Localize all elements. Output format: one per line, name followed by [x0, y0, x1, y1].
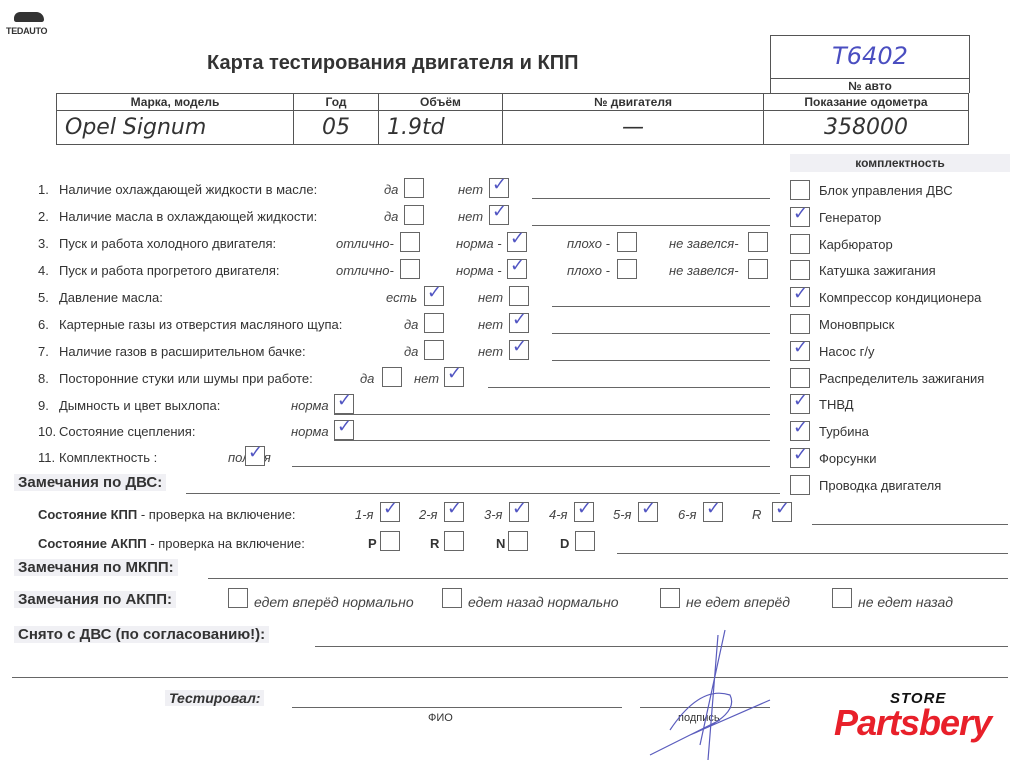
option-checkbox[interactable]: [617, 232, 637, 252]
completeness-label: Карбюратор: [819, 237, 893, 252]
option-checkbox[interactable]: [748, 259, 768, 279]
option-label: нет: [414, 371, 439, 386]
option-checkbox[interactable]: ✓: [489, 178, 509, 198]
option-checkbox[interactable]: [400, 259, 420, 279]
akpp-remark-checkbox[interactable]: [228, 588, 248, 608]
item-number: 2.: [38, 209, 49, 224]
akpp-remark-checkbox[interactable]: [660, 588, 680, 608]
option-label: плохо -: [567, 263, 610, 278]
notes-line[interactable]: [552, 306, 770, 307]
completeness-label: Распределитель зажигания: [819, 371, 984, 386]
option-label: нет: [458, 182, 483, 197]
mode-label: R: [430, 536, 439, 551]
gear-label: 3-я: [484, 507, 503, 522]
check-mark-icon: ✓: [337, 391, 352, 411]
col-volume: Объём: [379, 94, 503, 111]
item-label: Комплектность :: [59, 450, 157, 465]
akpp-label: Состояние АКПП - проверка на включение:: [38, 536, 305, 551]
remarks-engine-label: Замечания по ДВС:: [14, 474, 166, 491]
option-checkbox[interactable]: [617, 259, 637, 279]
item-label: Наличие охлаждающей жидкости в масле:: [59, 182, 317, 197]
mode-label: N: [496, 536, 505, 551]
check-mark-icon: ✓: [793, 284, 808, 304]
completeness-label: Моновпрыск: [819, 317, 894, 332]
option-label: норма: [291, 398, 329, 413]
check-mark-icon: ✓: [512, 337, 527, 357]
item-number: 1.: [38, 182, 49, 197]
option-label: норма: [291, 424, 329, 439]
mode-label: P: [368, 536, 377, 551]
option-checkbox[interactable]: ✓: [245, 446, 265, 466]
completeness-label: Насос г/у: [819, 344, 874, 359]
item-label: Пуск и работа прогретого двигателя:: [59, 263, 279, 278]
check-mark-icon: ✓: [793, 391, 808, 411]
check-mark-icon: ✓: [512, 499, 527, 519]
akpp-remark-label: не едет назад: [858, 594, 953, 610]
logo-text: TEDAUTO: [6, 26, 47, 36]
option-checkbox[interactable]: ✓: [509, 313, 529, 333]
completeness-checkbox[interactable]: [790, 314, 810, 334]
notes-line[interactable]: [532, 225, 770, 226]
mode-label: D: [560, 536, 569, 551]
option-checkbox[interactable]: ✓: [507, 232, 527, 252]
option-label: норма -: [456, 236, 502, 251]
remarks-mkpp-label: Замечания по МКПП:: [14, 559, 178, 576]
completeness-label: Форсунки: [819, 451, 876, 466]
option-checkbox[interactable]: ✓: [334, 420, 354, 440]
completeness-label: Генератор: [819, 210, 881, 225]
option-checkbox[interactable]: ✓: [489, 205, 509, 225]
item-number: 4.: [38, 263, 49, 278]
option-label: есть: [386, 290, 417, 305]
item-label: Давление масла:: [59, 290, 163, 305]
gear-checkbox[interactable]: ✓: [444, 502, 464, 522]
option-checkbox[interactable]: ✓: [507, 259, 527, 279]
akpp-label-rest: - проверка на включение:: [147, 536, 305, 551]
check-mark-icon: ✓: [447, 364, 462, 384]
kpp-label-bold: Состояние КПП: [38, 507, 137, 522]
watermark: STORE Partsbery: [830, 690, 1010, 750]
option-checkbox[interactable]: [404, 205, 424, 225]
option-label: да: [404, 344, 418, 359]
col-year: Год: [294, 94, 379, 111]
item-number: 8.: [38, 371, 49, 386]
mode-checkbox[interactable]: [575, 531, 595, 551]
make-model-value[interactable]: Opel Signum: [57, 111, 294, 145]
option-checkbox[interactable]: [748, 232, 768, 252]
engine-no-value[interactable]: —: [503, 111, 764, 145]
notes-line[interactable]: [552, 360, 770, 361]
option-label: не завелся-: [669, 263, 739, 278]
notes-line[interactable]: [292, 466, 770, 467]
completeness-checkbox[interactable]: ✓: [790, 287, 810, 307]
item-number: 9.: [38, 398, 49, 413]
item-number: 3.: [38, 236, 49, 251]
item-number: 5.: [38, 290, 49, 305]
notes-line[interactable]: [334, 440, 770, 441]
akpp-remark-label: едет вперёд нормально: [254, 594, 414, 610]
completeness-label: Турбина: [819, 424, 869, 439]
completeness-checkbox[interactable]: [790, 368, 810, 388]
option-label: да: [404, 317, 418, 332]
check-mark-icon: ✓: [512, 310, 527, 330]
check-mark-icon: ✓: [510, 256, 525, 276]
mode-checkbox[interactable]: [444, 531, 464, 551]
completeness-label: Катушка зажигания: [819, 263, 936, 278]
option-checkbox[interactable]: [509, 286, 529, 306]
gear-checkbox[interactable]: ✓: [380, 502, 400, 522]
car-icon: [14, 12, 44, 22]
check-mark-icon: ✓: [793, 338, 808, 358]
notes-line[interactable]: [532, 198, 770, 199]
check-mark-icon: ✓: [447, 499, 462, 519]
check-mark-icon: ✓: [793, 418, 808, 438]
completeness-checkbox[interactable]: [790, 475, 810, 495]
vehicle-info-table: Марка, модель Год Объём № двигателя Пока…: [56, 93, 969, 145]
akpp-remark-checkbox[interactable]: [832, 588, 852, 608]
remarks-akpp-label: Замечания по АКПП:: [14, 591, 176, 608]
item-label: Пуск и работа холодного двигателя:: [59, 236, 276, 251]
completeness-checkbox[interactable]: ✓: [790, 394, 810, 414]
removed-label: Снято с ДВС (по согласованию!):: [14, 626, 269, 643]
check-mark-icon: ✓: [577, 499, 592, 519]
gear-label: R: [752, 507, 761, 522]
akpp-remarks-line[interactable]: [617, 553, 1008, 554]
check-mark-icon: ✓: [793, 204, 808, 224]
completeness-label: ТНВД: [819, 397, 854, 412]
option-label: нет: [478, 317, 503, 332]
completeness-checkbox[interactable]: ✓: [790, 207, 810, 227]
completeness-title: комплектность: [790, 154, 1010, 172]
removed-line-2[interactable]: [12, 677, 1008, 678]
item-number: 7.: [38, 344, 49, 359]
kpp-label-rest: - проверка на включение:: [137, 507, 295, 522]
item-number: 11.: [38, 450, 55, 465]
notes-line[interactable]: [552, 333, 770, 334]
check-mark-icon: ✓: [383, 499, 398, 519]
option-label: нет: [478, 344, 503, 359]
check-mark-icon: ✓: [706, 499, 721, 519]
watermark-main: Partsbery: [834, 702, 991, 744]
gear-checkbox[interactable]: ✓: [509, 502, 529, 522]
item-label: Наличие газов в расширительном бачке:: [59, 344, 306, 359]
completeness-label: Компрессор кондиционера: [819, 290, 981, 305]
auto-number-value: T6402: [771, 42, 969, 70]
completeness-checkbox[interactable]: [790, 234, 810, 254]
completeness-checkbox[interactable]: ✓: [790, 448, 810, 468]
check-mark-icon: ✓: [427, 283, 442, 303]
year-value[interactable]: 05: [294, 111, 379, 145]
option-label: нет: [478, 290, 503, 305]
item-label: Картерные газы из отверстия масляного щу…: [59, 317, 342, 332]
option-label: норма -: [456, 263, 502, 278]
gear-label: 1-я: [355, 507, 374, 522]
gear-label: 2-я: [419, 507, 438, 522]
completeness-checkbox[interactable]: ✓: [790, 341, 810, 361]
completeness-checkbox[interactable]: [790, 260, 810, 280]
kpp-label: Состояние КПП - проверка на включение:: [38, 507, 295, 522]
option-checkbox[interactable]: ✓: [509, 340, 529, 360]
item-label: Посторонние стуки или шумы при работе:: [59, 371, 313, 386]
item-label: Состояние сцепления:: [59, 424, 195, 439]
completeness-label: Проводка двигателя: [819, 478, 941, 493]
option-label: нет: [458, 209, 483, 224]
gear-label: 5-я: [613, 507, 632, 522]
col-engine-no: № двигателя: [503, 94, 764, 111]
option-checkbox[interactable]: ✓: [424, 286, 444, 306]
gear-checkbox[interactable]: ✓: [772, 502, 792, 522]
volume-value[interactable]: 1.9td: [379, 111, 503, 145]
completeness-label: Блок управления ДВС: [819, 183, 953, 198]
option-checkbox[interactable]: [424, 313, 444, 333]
item-number: 10.: [38, 424, 56, 439]
item-number: 6.: [38, 317, 49, 332]
auto-number-label: № авто: [770, 78, 970, 93]
option-checkbox[interactable]: ✓: [444, 367, 464, 387]
check-mark-icon: ✓: [248, 443, 263, 463]
option-label: да: [384, 182, 398, 197]
option-label: отлично-: [336, 263, 394, 278]
kpp-remarks-line[interactable]: [812, 524, 1008, 525]
option-label: да: [360, 371, 374, 386]
option-checkbox[interactable]: [382, 367, 402, 387]
fio-label: ФИО: [428, 712, 453, 724]
signature-scribble: [630, 625, 780, 765]
notes-line[interactable]: [334, 414, 770, 415]
option-label: не завелся-: [669, 236, 739, 251]
remarks-engine-line[interactable]: [186, 493, 780, 494]
akpp-remark-label: не едет вперёд: [686, 594, 790, 610]
item-label: Дымность и цвет выхлопа:: [59, 398, 220, 413]
option-checkbox[interactable]: [424, 340, 444, 360]
akpp-remark-checkbox[interactable]: [442, 588, 462, 608]
mode-checkbox[interactable]: [380, 531, 400, 551]
item-label: Наличие масла в охлаждающей жидкости:: [59, 209, 317, 224]
option-label: плохо -: [567, 236, 610, 251]
option-checkbox[interactable]: [404, 178, 424, 198]
check-mark-icon: ✓: [492, 202, 507, 222]
completeness-checkbox[interactable]: ✓: [790, 421, 810, 441]
fio-line[interactable]: [292, 707, 622, 708]
check-mark-icon: ✓: [492, 175, 507, 195]
gear-checkbox[interactable]: ✓: [703, 502, 723, 522]
akpp-label-bold: Состояние АКПП: [38, 536, 147, 551]
gear-label: 4-я: [549, 507, 568, 522]
option-checkbox[interactable]: ✓: [334, 394, 354, 414]
remarks-mkpp-line[interactable]: [208, 578, 1008, 579]
gear-checkbox[interactable]: ✓: [638, 502, 658, 522]
odometer-value[interactable]: 358000: [764, 111, 969, 145]
check-mark-icon: ✓: [793, 445, 808, 465]
col-odometer: Показание одометра: [764, 94, 969, 111]
notes-line[interactable]: [488, 387, 770, 388]
auto-number-box: T6402: [770, 35, 970, 78]
option-checkbox[interactable]: [400, 232, 420, 252]
completeness-checkbox[interactable]: [790, 180, 810, 200]
col-make-model: Марка, модель: [57, 94, 294, 111]
check-mark-icon: ✓: [337, 417, 352, 437]
gear-checkbox[interactable]: ✓: [574, 502, 594, 522]
check-mark-icon: ✓: [775, 499, 790, 519]
check-mark-icon: ✓: [641, 499, 656, 519]
akpp-remark-label: едет назад нормально: [468, 594, 619, 610]
check-mark-icon: ✓: [510, 229, 525, 249]
gear-label: 6-я: [678, 507, 697, 522]
logo: TEDAUTO: [4, 8, 54, 40]
page-title: Карта тестирования двигателя и КПП: [207, 52, 578, 75]
option-label: отлично-: [336, 236, 394, 251]
tested-by-label: Тестировал:: [165, 690, 264, 706]
option-label: да: [384, 209, 398, 224]
mode-checkbox[interactable]: [508, 531, 528, 551]
